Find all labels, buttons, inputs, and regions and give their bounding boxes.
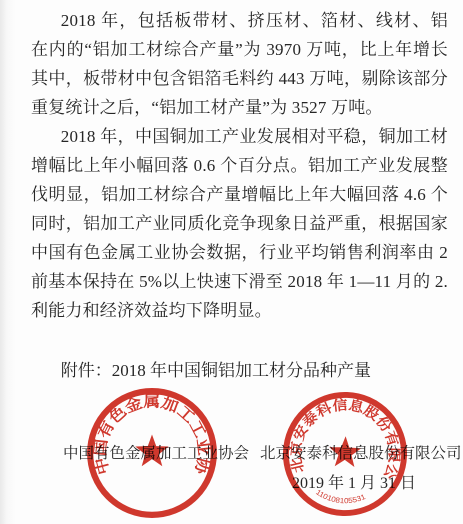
text-line: 重复统计之后，“铝加工材产量”为 3527 万吨。 xyxy=(31,93,448,122)
association-official-seal: 中国有色金属加工工业协会 xyxy=(85,386,219,520)
paragraph: 2018 年，包括板带材、挤压材、箔材、线材、铝粉、锻件等在内的“铝加工材综合产… xyxy=(31,6,448,122)
text-line: 伐明显，铝加工材综合产量增幅比上年大幅回落 4.6 个百分点， xyxy=(31,180,448,209)
text-line: 其中，板带材中包含铝箔毛料约 443 万吨，剔除该部分与铝箔的 xyxy=(31,64,448,93)
svg-text:中国有色金属加工工业协会: 中国有色金属加工工业协会 xyxy=(85,386,213,476)
paragraph: 2018 年，中国铜加工产业发展相对平稳，铜加工材综合产量增幅比上年小幅回落 0… xyxy=(31,122,448,325)
document-page: 2018 年，包括板带材、挤压材、箔材、线材、铝粉、锻件等在内的“铝加工材综合产… xyxy=(0,0,463,524)
text-line: 前基本保持在 5%以上快速下滑至 2018 年 1—11 月的 2.63%，盈 xyxy=(31,267,448,296)
text-line: 中国有色金属工业协会数据，行业平均销售利润率由 2016 年以 xyxy=(31,238,448,267)
svg-text:北京安泰科信息股份有限公司: 北京安泰科信息股份有限公司 xyxy=(279,388,404,482)
text-line: 利能力和经济效益均下降明显。 xyxy=(31,296,448,325)
star-icon xyxy=(135,434,168,466)
paragraphs-container: 2018 年，包括板带材、挤压材、箔材、线材、铝粉、锻件等在内的“铝加工材综合产… xyxy=(31,6,448,325)
text-line: 增幅比上年小幅回落 0.6 个百分点。铝加工产业发展整体放缓步 xyxy=(31,151,448,180)
text-line: 2018 年，中国铜加工产业发展相对平稳，铜加工材综合产量 xyxy=(31,122,448,151)
seal-serial-number: 110108105531 xyxy=(314,487,367,506)
attachment-line: 附件：2018 年中国铜铝加工材分品种产量 xyxy=(31,356,448,385)
document-body: 2018 年，包括板带材、挤压材、箔材、线材、铝粉、锻件等在内的“铝加工材综合产… xyxy=(31,6,448,385)
star-icon xyxy=(329,436,362,467)
company-official-seal: 北京安泰科信息股份有限公司 110108105531 xyxy=(279,388,411,520)
text-line: 同时，铝加工产业同质化竞争现象日益严重，根据国家统计局和 xyxy=(31,209,448,238)
text-line: 2018 年，包括板带材、挤压材、箔材、线材、铝粉、锻件等 xyxy=(31,6,448,35)
text-line: 在内的“铝加工材综合产量”为 3970 万吨，比上年增长 3.9%， xyxy=(31,35,448,64)
seal-ring-text: 北京安泰科信息股份有限公司 xyxy=(279,388,404,482)
seal-ring-text: 中国有色金属加工工业协会 xyxy=(85,386,213,476)
svg-text:110108105531: 110108105531 xyxy=(314,487,367,506)
